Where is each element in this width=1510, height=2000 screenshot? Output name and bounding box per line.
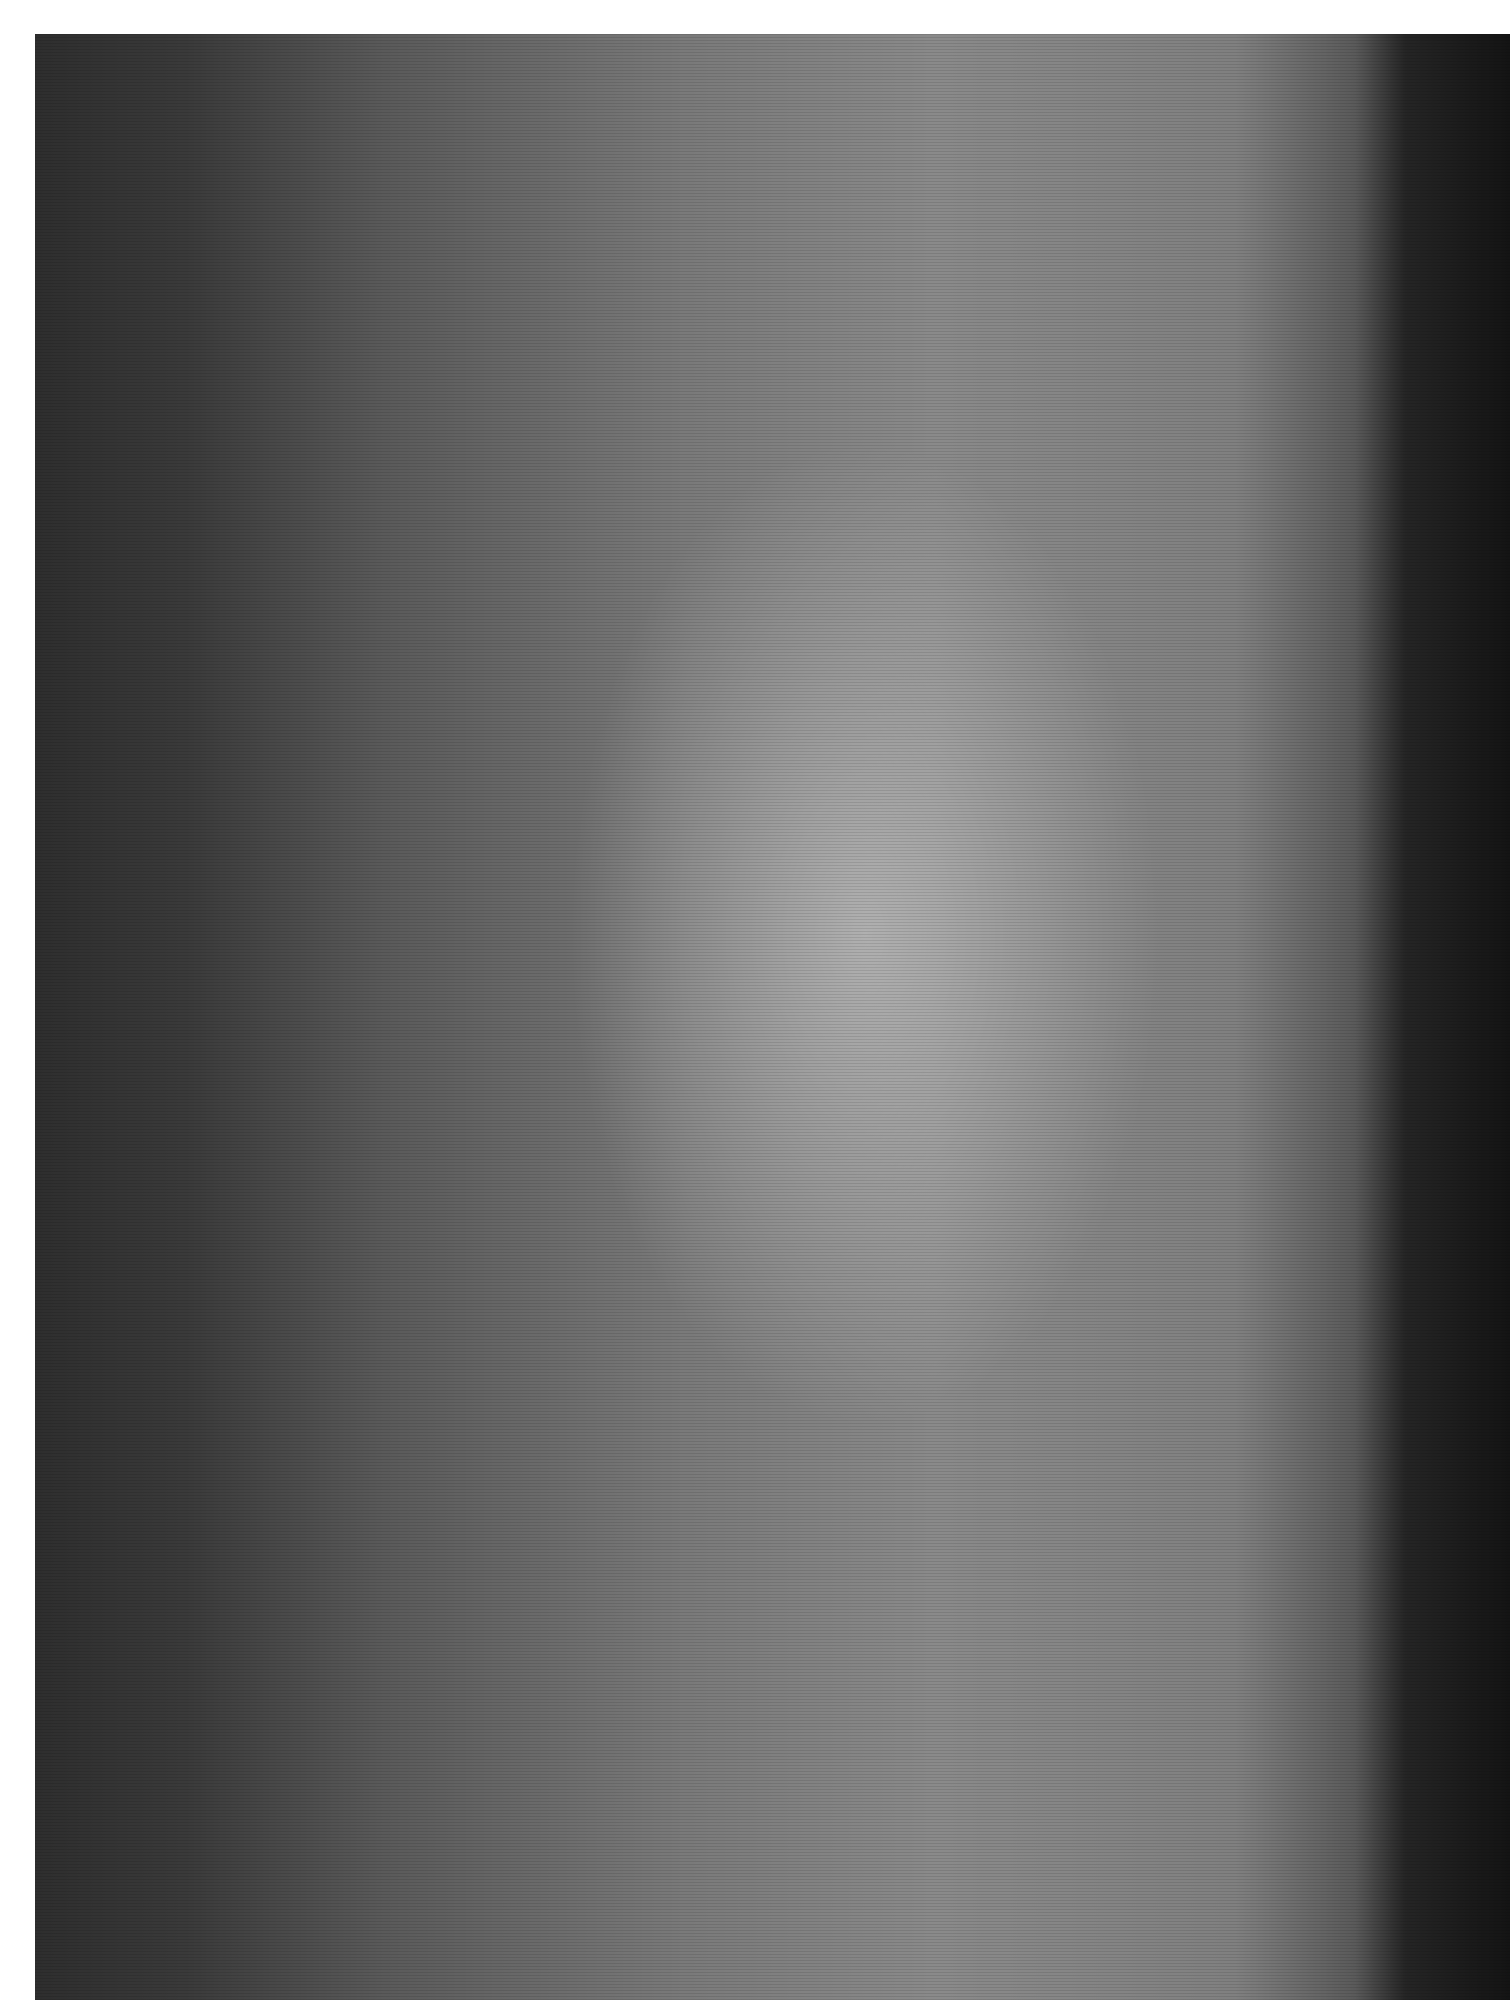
left-ruler <box>0 0 34 2000</box>
manuscript-scan <box>35 34 1510 2000</box>
top-ruler <box>0 0 1510 34</box>
